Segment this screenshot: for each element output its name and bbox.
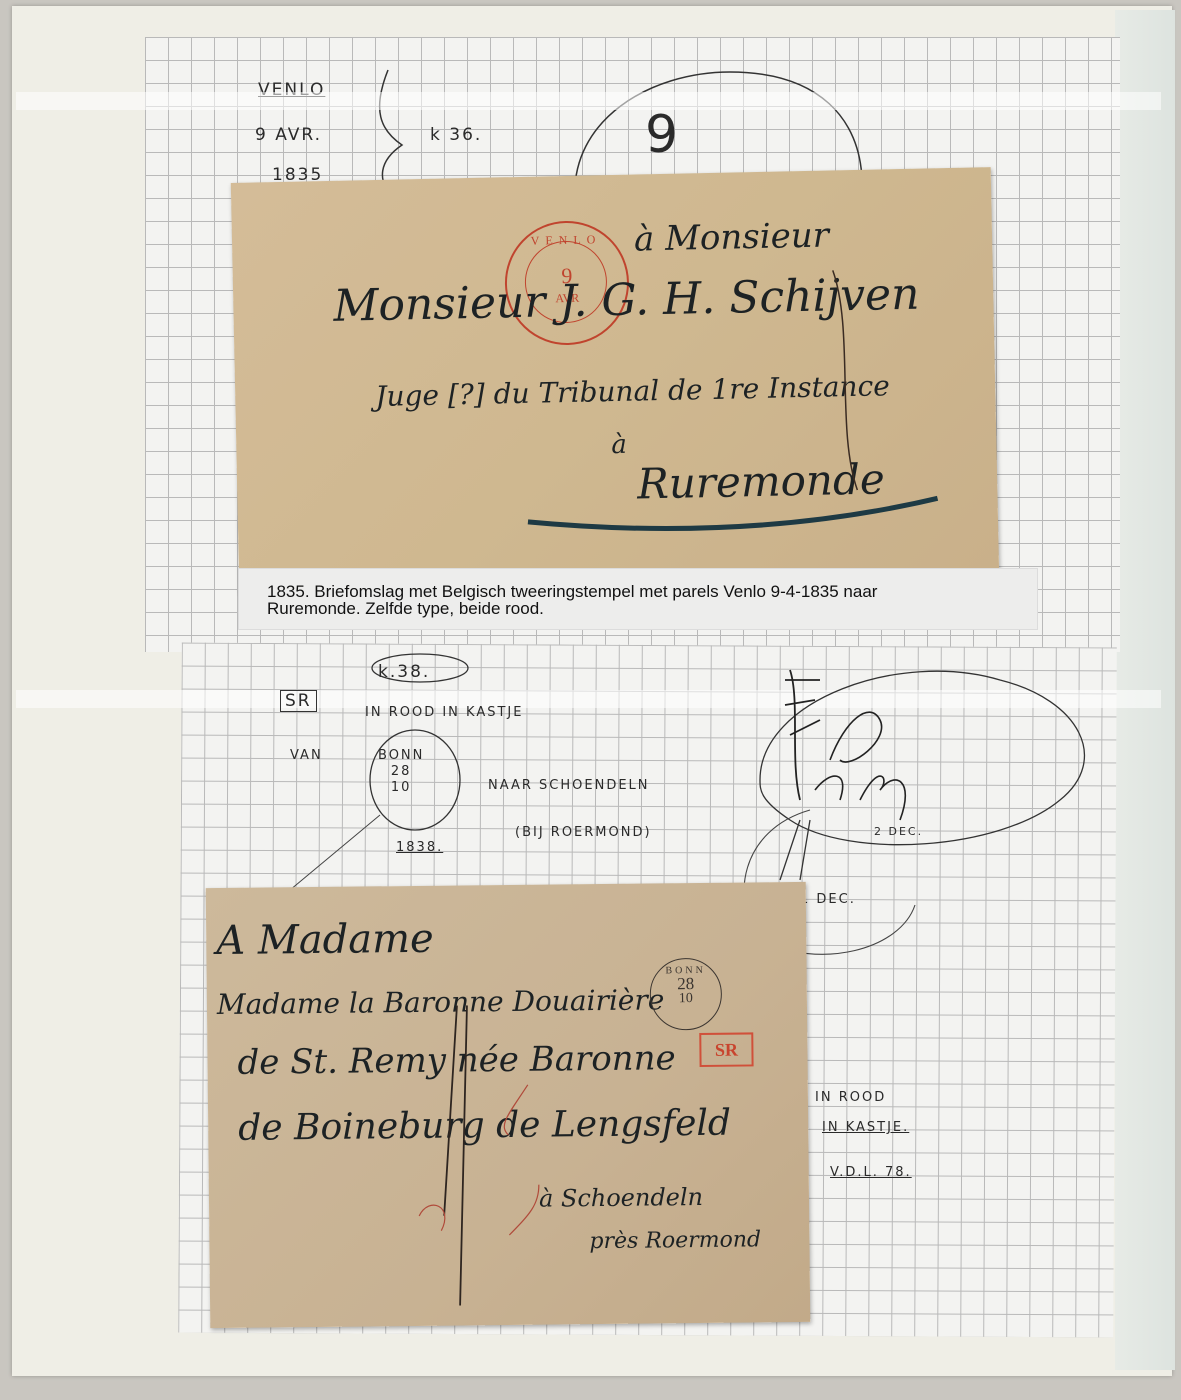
- note-side-catalog: V.D.L. 78.: [830, 1165, 912, 1180]
- note-date-2-dec: 2 DEC.: [874, 825, 923, 838]
- note-circled-mark: 9: [645, 105, 680, 165]
- note-catalog: k 36.: [430, 125, 482, 145]
- cover-venlo-1835: VENLO 9 AVR à Monsieur Monsieur J. G. H.…: [231, 167, 999, 593]
- note-box-mark: SR: [280, 690, 317, 712]
- note-side-in-kastje: IN KASTJE.: [822, 1120, 909, 1135]
- cover-bonn-1838: A Madame Madame la Baronne Douairière de…: [206, 882, 811, 1328]
- note-from: VAN: [290, 748, 323, 763]
- note-date-1-dec: 1 DEC.: [800, 892, 856, 907]
- note-box-description: IN ROOD IN KASTJE: [365, 705, 523, 720]
- note-catalog-k38: k.38.: [378, 662, 430, 682]
- note-bonn-circle: BONN 28 10: [378, 748, 424, 796]
- caption-line-2: Ruremonde. Zelfde type, beide rood.: [267, 600, 1037, 617]
- caption-line-1: 1835. Briefomslag met Belgisch tweerings…: [267, 583, 1037, 600]
- note-destination: NAAR SCHOENDELN: [488, 778, 650, 793]
- sleeve-fold-top: [16, 92, 1161, 110]
- sleeve-fold-middle: [16, 690, 1161, 708]
- caption-label: 1835. Briefomslag met Belgisch tweerings…: [238, 568, 1038, 630]
- note-date: 9 AVR.: [255, 125, 322, 145]
- note-year-1838: 1838.: [396, 840, 443, 855]
- note-destination-near: (BIJ ROERMOND): [515, 825, 652, 840]
- note-side-in-rood: IN ROOD: [815, 1090, 886, 1105]
